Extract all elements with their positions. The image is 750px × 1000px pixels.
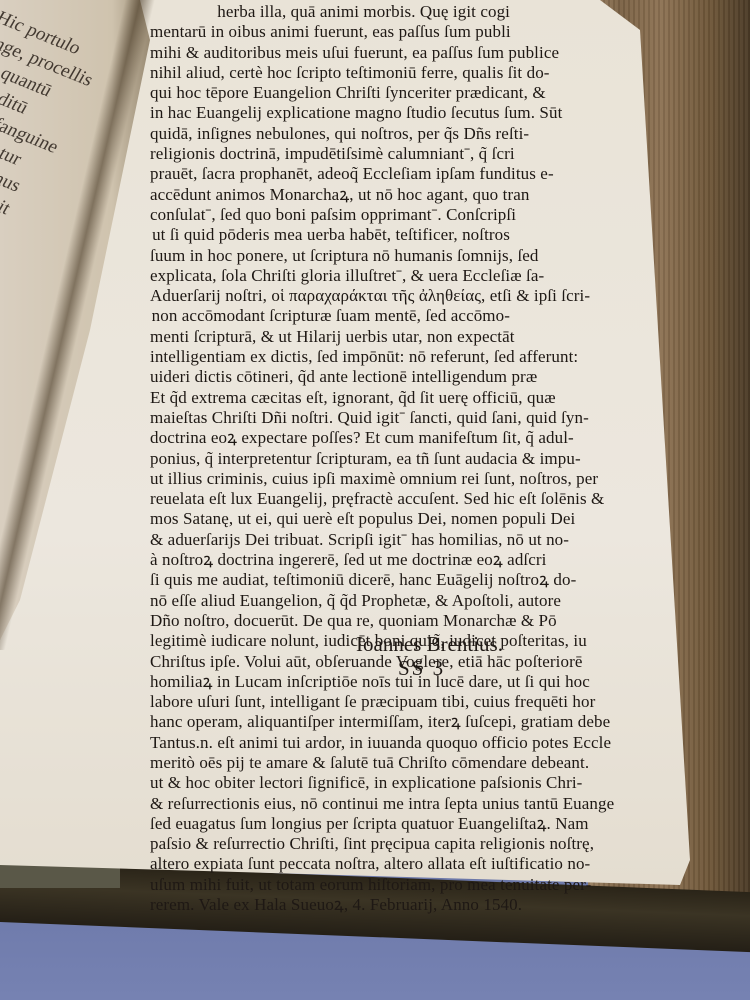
text-line: rerem. Vale ex Hala Sueuoꝝ, 4. Februarij… [150,895,510,915]
text-line: meritò oēs pij te amare & ſalutē tuā Chr… [150,753,510,773]
text-line: prauēt, ſacra prophanēt, adeoq̃ Eccleſia… [150,164,510,184]
text-line: nihil aliud, certè hoc ſcripto teſtimoni… [150,63,510,83]
text-line: intelligentiam ex dictis, ſed impōnūt: n… [150,347,510,367]
text-line: ſi quis me audiat, teſtimoniū dicerē, ha… [150,570,510,590]
text-line: hanc operam, aliquantiſper intermiſſam, … [150,712,510,732]
text-line: uſum mihi fuit, ut totam eorum hiſtoriam… [150,875,510,895]
text-line: & reſurrectionis eius, nō continui me in… [150,794,510,814]
text-line: qui hoc tēpore Euangelion Chriſti ſyncer… [150,83,510,103]
text-line: ponius, q̃ interpretentur ſcripturam, ea… [150,449,510,469]
text-line: explicata, ſola Chriſti gloria illuſtret… [150,266,510,286]
text-line: à noſtroꝝ doctrina ingererē, ſed ut me d… [150,550,510,570]
text-line: accēdunt animos Monarchaꝝ, ut nō hoc aga… [150,185,510,205]
text-line: quidā, inſignes nebulones, qui noſtros, … [150,124,510,144]
text-line: paſsio & reſurrectio Chriſti, ſint pręci… [150,834,510,854]
right-page-text: herba illa, quā animi morbis. Quę igit c… [150,2,510,915]
text-line: ſuum in hoc ponere, ut ſcriptura nō huma… [150,246,510,266]
text-line: reuelata eſt lux Euangelij, pręfractè ac… [150,489,510,509]
author-signature: Ioannes Brentius. [356,632,503,657]
text-line: labore uſuri ſunt, intelligant ſe præcip… [150,692,510,712]
text-line: Tantus.n. eſt animi tui ardor, in iuuand… [150,733,510,753]
text-line: maieſtas Chriſti Dñi noſtri. Quid igitˉ … [150,408,510,428]
text-line: menti ſcripturā, & ut Hilarij uerbis uta… [150,327,510,347]
text-line: religionis doctrinā, impudētiſsimè calum… [150,144,510,164]
text-line: nō eſſe aliud Euangelion, q̃ q̃d Prophet… [150,591,510,611]
text-line: conſulatˉ, ſed quo boni paſsim opprimant… [150,205,510,225]
text-line: herba illa, quā animi morbis. Quę igit c… [150,2,510,22]
text-line: Dño noſtro, docuerūt. De qua re, quoniam… [150,611,510,631]
text-line: uideri dictis cōtineri, q̃d ante lection… [150,367,510,387]
text-line: ut ſi quid pōderis mea uerba habēt, teſt… [150,225,510,245]
text-line: non accōmodant ſcripturæ ſuam mentē, ſed… [150,306,510,326]
text-line: mentarū in oibus animi fuerunt, eas paſſ… [150,22,510,42]
text-line: Et q̃d extrema cæcitas eſt, ignorant, q̃… [150,388,510,408]
text-line: mihi & auditoribus meis uſui fuerunt, ea… [150,43,510,63]
text-line: ſed euagatus ſum longius per ſcripta qua… [150,814,510,834]
text-line: homiliaꝝ in Lucam inſcriptiōe noīs tui i… [150,672,510,692]
signature-mark: SS 3 [398,656,445,681]
text-line: ut illius criminis, cuius ipſi maximè om… [150,469,510,489]
text-line: mos Satanę, ut ei, qui uerè eſt populus … [150,509,510,529]
text-line: altero expiata ſunt peccata noſtra, alte… [150,854,510,874]
text-line: in hac Euangelij explicatione magno ſtud… [150,103,510,123]
text-line: Aduerſarij noſtri, οἱ παραχαράκται τῆς ἀ… [150,286,510,306]
text-line: ut & hoc obiter lectori ſignificē, in ex… [150,773,510,793]
text-line: & aduerſarijs Dei tribuat. Scripſi igitˉ… [150,530,510,550]
text-line: doctrina eoꝝ expectare poſſes? Et cum ma… [150,428,510,448]
